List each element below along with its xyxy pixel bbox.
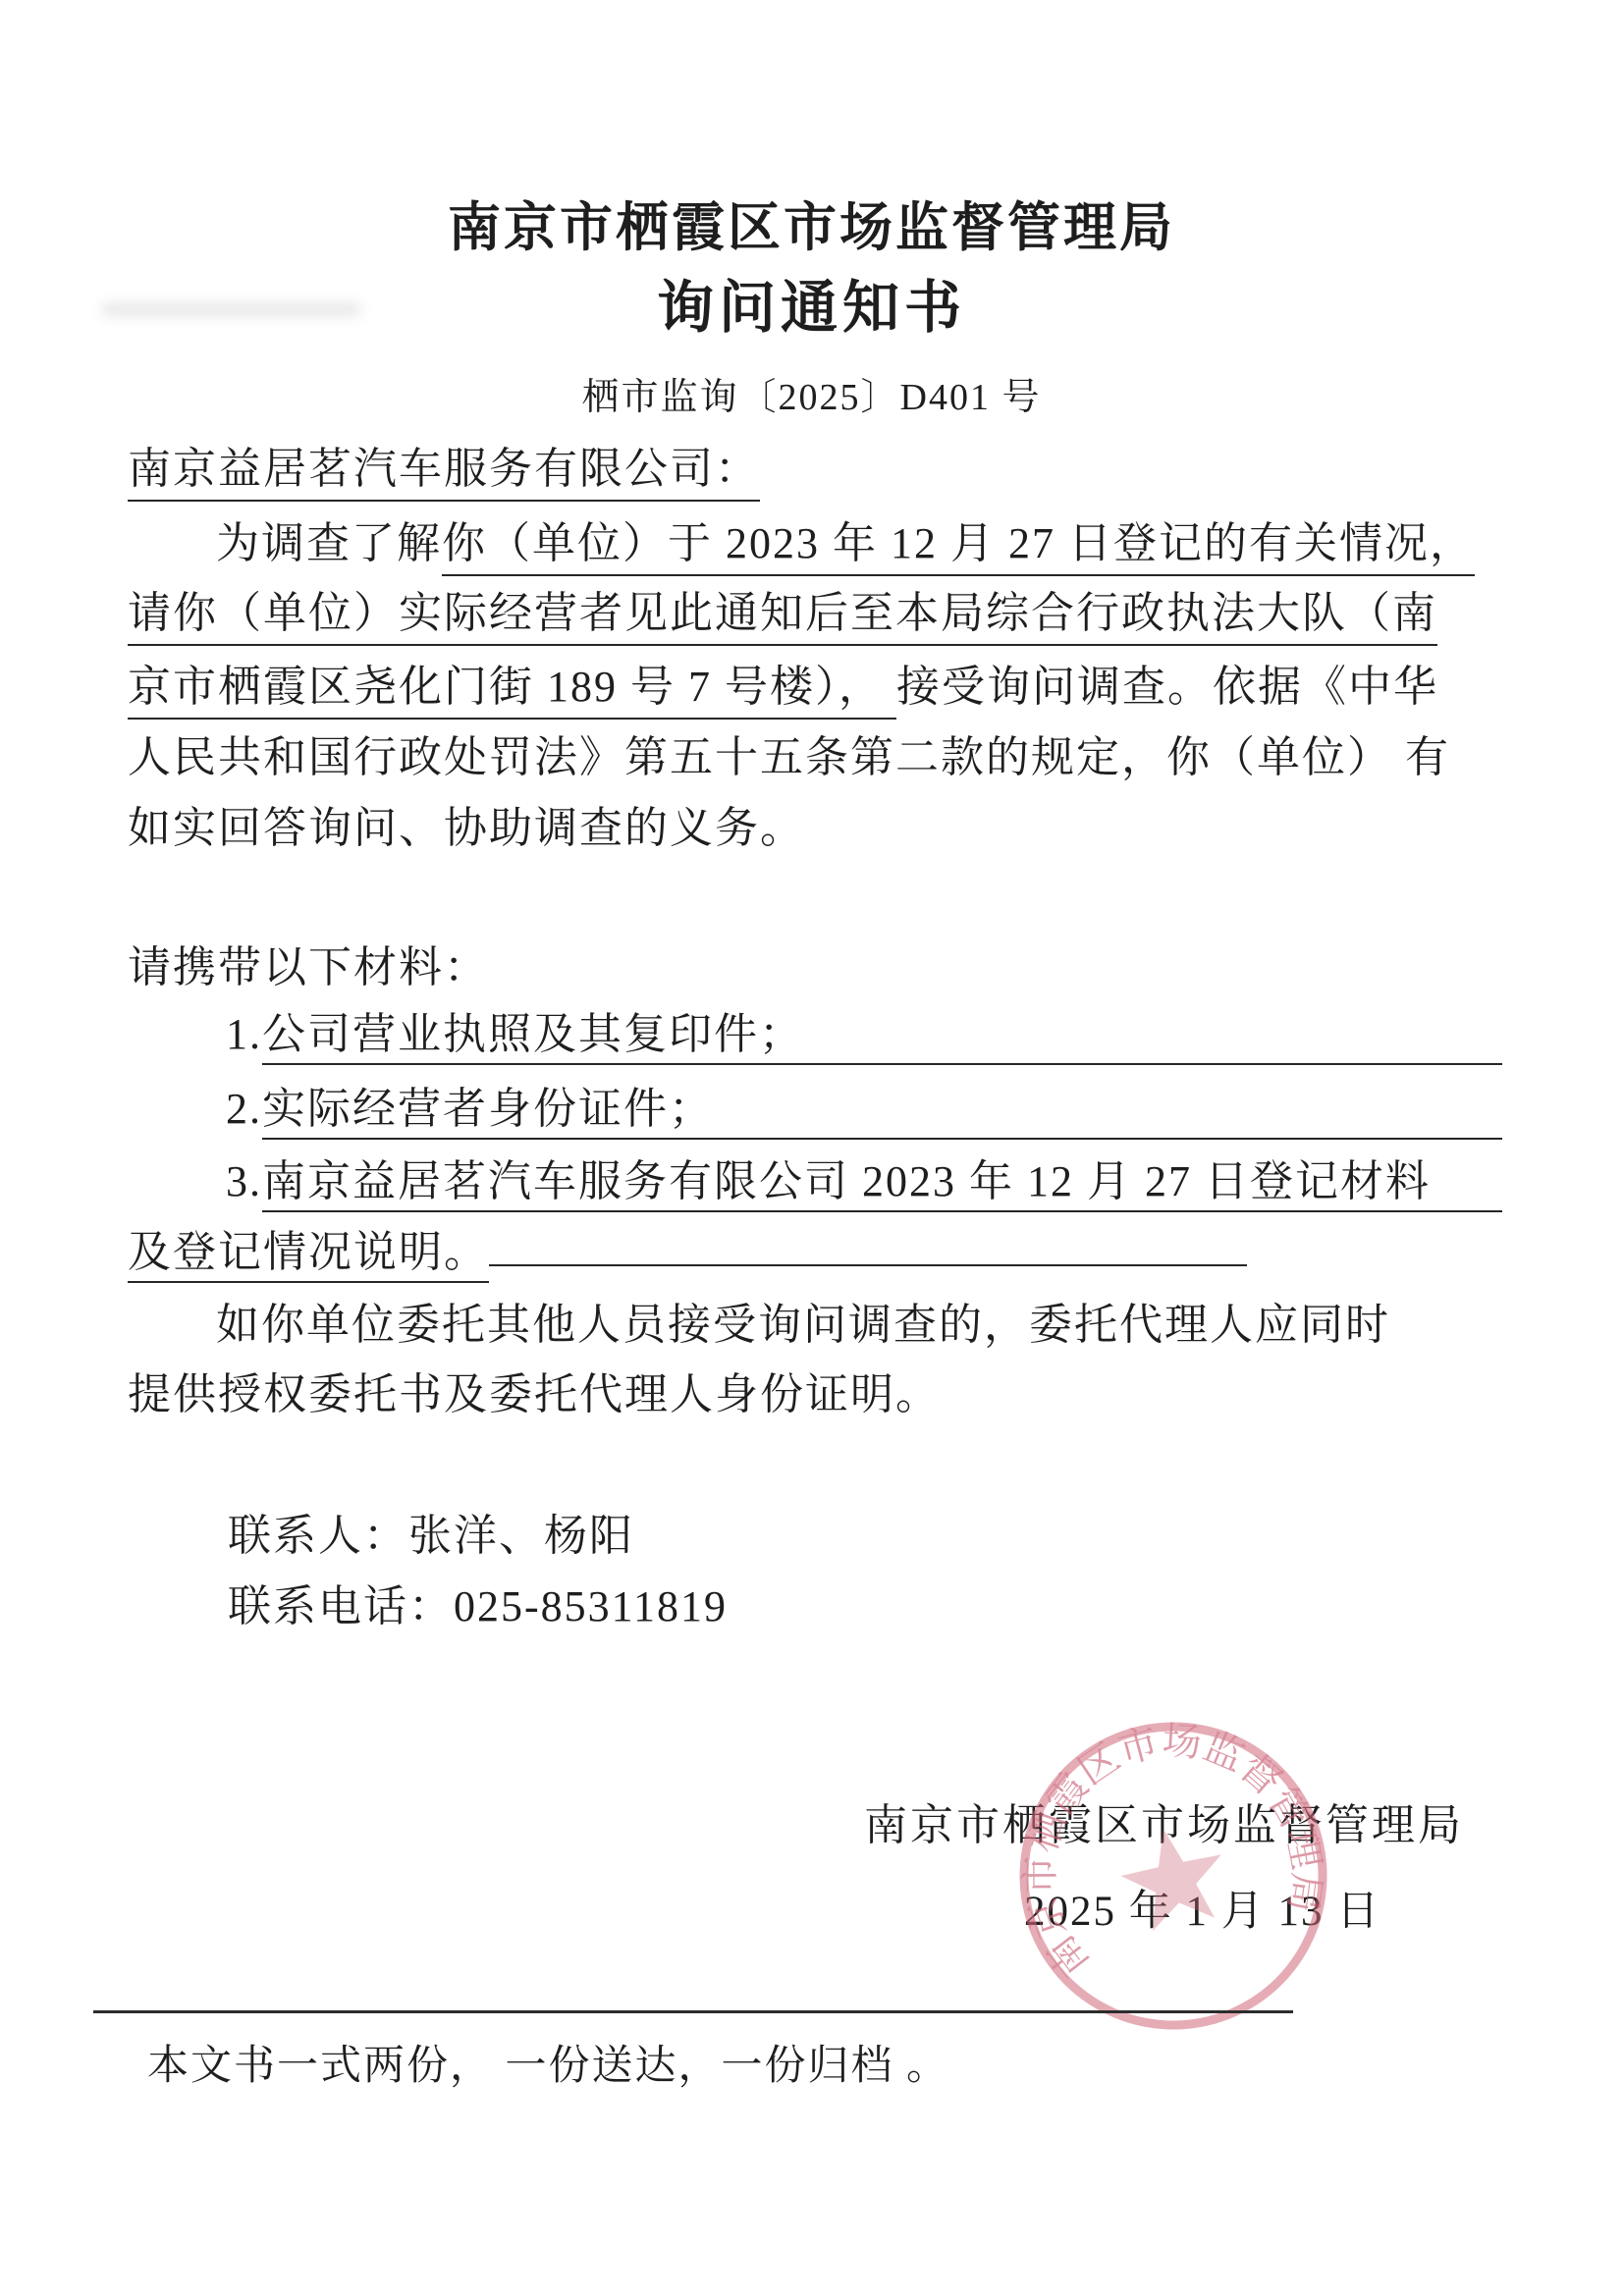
doc-number: 栖市监询〔2025〕D401 号 <box>0 379 1623 416</box>
official-seal: 南京市栖霞区市场监督管理局 <box>1011 1714 1335 2038</box>
body-text: 接受询问调查。依据《中华 <box>896 663 1438 711</box>
body-line: 如你单位委托其他人员接受询问调查的，委托代理人应同时 <box>128 1304 1390 1347</box>
material-item-2: 2. 实际经营者身份证件； <box>128 1088 1502 1140</box>
materials-intro: 请携带以下材料： <box>128 946 489 989</box>
item-text: 南京益居茗汽车服务有限公司 2023 年 12 月 27 日登记材料 <box>262 1160 1502 1212</box>
item-text: 公司营业执照及其复印件； <box>262 1013 1502 1065</box>
page-title: 南京市栖霞区市场监督管理局 <box>0 201 1623 254</box>
item-number: 1. <box>128 1013 262 1056</box>
material-item-1: 1. 公司营业执照及其复印件； <box>128 1013 1502 1065</box>
body-text-underlined: 京市栖霞区尧化门街 189 号 7 号楼）， <box>128 663 896 720</box>
body-text: 如你单位委托其他人员接受询问调查的，委托代理人应同时 <box>128 1301 1390 1349</box>
item-number: 2. <box>128 1088 262 1131</box>
addressee-line: 南京益居茗汽车服务有限公司： <box>128 448 760 491</box>
material-item-3-wrap: 及登记情况说明。 <box>128 1231 1247 1283</box>
body-line: 请你（单位）实际经营者见此通知后至本局综合行政执法大队（南 <box>128 592 1437 635</box>
scanned-document-page: 南京市栖霞区市场监督管理局 询问通知书 栖市监询〔2025〕D401 号 南京益… <box>0 0 1623 2296</box>
body-line: 人民共和国行政处罚法》第五十五条第二款的规定，你（单位） 有 <box>128 736 1450 779</box>
blank-underline <box>489 1257 1247 1266</box>
body-line: 为调查了解你（单位）于 2023 年 12 月 27 日登记的有关情况， <box>128 522 1475 565</box>
contact-person-line: 联系人：张洋、杨阳 <box>228 1515 634 1558</box>
body-line: 京市栖霞区尧化门街 189 号 7 号楼）， 接受询问调查。依据《中华 <box>128 666 1438 709</box>
addressee-name: 南京益居茗汽车服务有限公司： <box>128 445 760 502</box>
item-number: 3. <box>128 1160 262 1203</box>
page-subtitle: 询问通知书 <box>0 280 1623 337</box>
item-text: 实际经营者身份证件； <box>262 1088 1502 1140</box>
body-text-underlined: 请你（单位）实际经营者见此通知后至本局综合行政执法大队（南 <box>128 589 1437 646</box>
body-text: 为调查了解 <box>128 519 442 567</box>
material-item-3: 3. 南京益居茗汽车服务有限公司 2023 年 12 月 27 日登记材料 <box>128 1160 1502 1212</box>
body-line: 如实回答询问、协助调查的义务。 <box>128 807 805 850</box>
body-line: 提供授权委托书及委托代理人身份证明。 <box>128 1373 941 1416</box>
footer-divider <box>93 2010 1293 2013</box>
item-text: 及登记情况说明。 <box>128 1231 489 1283</box>
footer-note: 本文书一式两份， 一份送达，一份归档 。 <box>147 2046 949 2087</box>
star-icon <box>1113 1818 1234 1935</box>
body-text-underlined: 你（单位）于 2023 年 12 月 27 日登记的有关情况， <box>442 519 1475 576</box>
contact-phone-line: 联系电话：025-85311819 <box>228 1585 728 1629</box>
